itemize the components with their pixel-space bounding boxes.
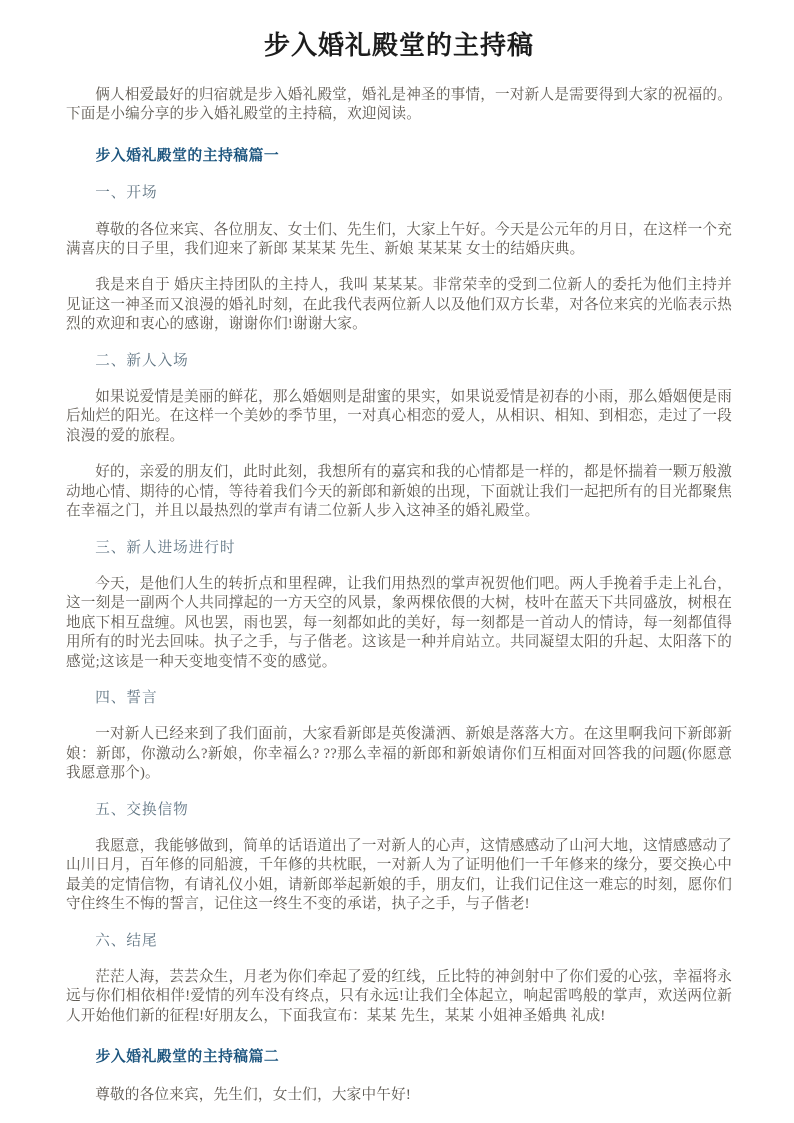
- document-title: 步入婚礼殿堂的主持稿: [66, 30, 732, 60]
- section-heading-procession: 三、新人进场进行时: [66, 539, 732, 558]
- part-heading-2: 步入婚礼殿堂的主持稿篇二: [66, 1048, 732, 1067]
- paragraph-opening-2: 我是来自于 婚庆主持团队的主持人，我叫 某某某。非常荣幸的受到二位新人的委托为他…: [66, 276, 732, 334]
- paragraph-vows-1: 一对新人已经来到了我们面前，大家看新郎是英俊潇洒、新娘是落落大方。在这里啊我问下…: [66, 725, 732, 783]
- part-heading-1: 步入婚礼殿堂的主持稿篇一: [66, 147, 732, 166]
- paragraph-procession-1: 今天，是他们人生的转折点和里程碑，让我们用热烈的掌声祝贺他们吧。两人手挽着手走上…: [66, 575, 732, 672]
- section-heading-entrance: 二、新人入场: [66, 352, 732, 371]
- intro-paragraph: 俩人相爱最好的归宿就是步入婚礼殿堂，婚礼是神圣的事情，一对新人是需要得到大家的祝…: [66, 86, 732, 125]
- section-heading-ending: 六、结尾: [66, 932, 732, 951]
- section-heading-token-exchange: 五、交换信物: [66, 801, 732, 820]
- paragraph-entrance-1: 如果说爱情是美丽的鲜花，那么婚姻则是甜蜜的果实，如果说爱情是初春的小雨，那么婚姻…: [66, 388, 732, 446]
- paragraph-part2-greeting: 尊敬的各位来宾，先生们，女士们，大家中午好!: [66, 1086, 732, 1105]
- section-heading-vows: 四、誓言: [66, 689, 732, 708]
- document-page: 步入婚礼殿堂的主持稿 俩人相爱最好的归宿就是步入婚礼殿堂，婚礼是神圣的事情，一对…: [0, 0, 794, 1123]
- paragraph-token-exchange-1: 我愿意，我能够做到，简单的话语道出了一对新人的心声，这情感感动了山河大地，这情感…: [66, 837, 732, 915]
- paragraph-opening-1: 尊敬的各位来宾、各位朋友、女士们、先生们，大家上午好。今天是公元年的月日，在这样…: [66, 221, 732, 260]
- paragraph-entrance-2: 好的，亲爱的朋友们，此时此刻，我想所有的嘉宾和我的心情都是一样的，都是怀揣着一颗…: [66, 463, 732, 521]
- section-heading-opening: 一、开场: [66, 184, 732, 203]
- paragraph-ending-1: 茫茫人海，芸芸众生，月老为你们牵起了爱的红线，丘比特的神剑射中了你们爱的心弦，幸…: [66, 968, 732, 1026]
